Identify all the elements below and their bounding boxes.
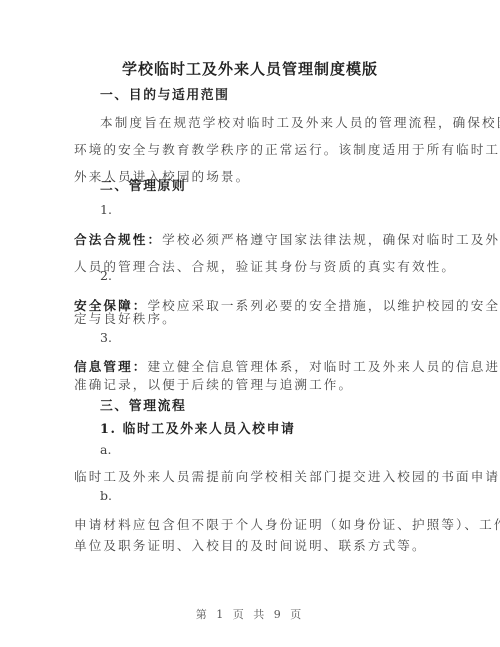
section-heading-3: 三、管理流程 [100, 395, 186, 414]
principle-item-3: 信息管理：建立健全信息管理体系，对临时工及外来人员的信息进行 [74, 356, 500, 375]
item-number: 2. [100, 268, 112, 283]
item-text: 建立健全信息管理体系，对临时工及外来人员的信息进行 [147, 359, 500, 374]
paragraph-line: 准确记录，以便于后续的管理与追溯工作。 [74, 374, 353, 393]
page-number-footer: 第 1 页 共 9 页 [0, 606, 500, 622]
section-heading-2: 二、管理原则 [100, 175, 186, 194]
item-label: 信息管理： [74, 359, 147, 374]
item-letter: b. [100, 488, 112, 503]
item-text: 学校必须严格遵守国家法律法规，确保对临时工及外来 [162, 232, 500, 247]
item-number: 3. [100, 330, 112, 345]
paragraph-line: 定与良好秩序。 [74, 308, 177, 327]
paragraph-line: 人员的管理合法、合规，验证其身份与资质的真实有效性。 [74, 256, 456, 275]
document-title: 学校临时工及外来人员管理制度模版 [0, 58, 500, 79]
subsection-heading: 1. 临时工及外来人员入校申请 [100, 418, 295, 437]
paragraph-line: 申请材料应包含但不限于个人身份证明（如身份证、护照等）、工作 [74, 514, 500, 533]
paragraph-line: 本制度旨在规范学校对临时工及外来人员的管理流程，确保校园 [100, 112, 500, 131]
item-label: 合法合规性： [74, 232, 162, 247]
principle-item-1: 合法合规性：学校必须严格遵守国家法律法规，确保对临时工及外来 [74, 229, 500, 248]
paragraph-line: 临时工及外来人员需提前向学校相关部门提交进入校园的书面申请。 [74, 466, 500, 485]
paragraph-line: 环境的安全与教育教学秩序的正常运行。该制度适用于所有临时工及 [74, 139, 500, 158]
section-heading-1: 一、目的与适用范围 [100, 84, 230, 103]
paragraph-line: 单位及职务证明、入校目的及时间说明、联系方式等。 [74, 535, 427, 554]
item-letter: a. [100, 442, 111, 457]
item-number: 1. [100, 202, 112, 217]
item-text: 学校应采取一系列必要的安全措施，以维护校园的安全稳 [147, 298, 500, 313]
